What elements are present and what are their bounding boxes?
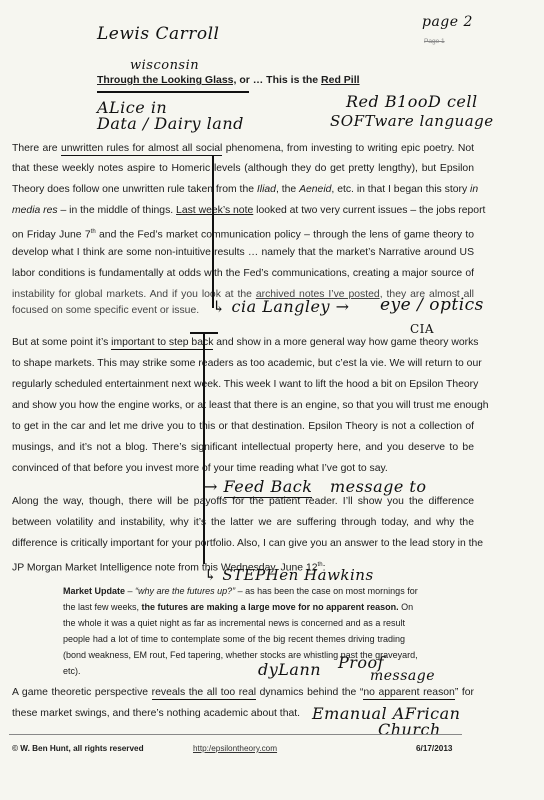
p2-line-1: But at some point it’s important to step… bbox=[12, 333, 474, 353]
annotation-wisconsin: wisconsin bbox=[130, 58, 199, 73]
footer-date: 6/17/2013 bbox=[416, 744, 452, 753]
handwritten-underline-unwritten-rules: unwritten rules for almost all social bbox=[61, 143, 222, 156]
handwritten-underline-no-apparent-reason: no apparent reason bbox=[363, 687, 455, 700]
annotation-page-2: page 2 bbox=[422, 14, 473, 30]
scanned-document-page: Lewis Carroll wisconsin page 2 Page 1 Th… bbox=[0, 0, 544, 800]
link-last-weeks-note[interactable]: Last week’s note bbox=[176, 205, 253, 216]
p2-line-7: convinced of that before you invest more… bbox=[12, 459, 474, 479]
title-part-red-pill: Red Pill bbox=[321, 74, 360, 86]
p2-line-5: to get in the car and let me drive you t… bbox=[12, 417, 474, 437]
annotation-cia-langley: ↳ cia Langley → bbox=[212, 297, 350, 316]
p3-line-1: Along the way, though, there will be pay… bbox=[12, 492, 474, 512]
p3-line-2: between volatility and instability, why … bbox=[12, 513, 474, 533]
handwritten-box-step-back: important to step back bbox=[111, 337, 213, 350]
p2-line-4: and show you how the engine works, or at… bbox=[12, 396, 474, 416]
printed-page-number: Page 1 bbox=[424, 38, 445, 45]
p1-line-5: on Friday June 7th and the Fed’s market … bbox=[12, 222, 474, 245]
p2-line-3: regularly scheduled entertainment next w… bbox=[12, 375, 474, 395]
p2-line-2: to shape markets. This may strike some r… bbox=[12, 354, 474, 374]
p1-line-2: that these weekly notes aspire to Homeri… bbox=[12, 159, 474, 179]
handwritten-underline-all-too-real: reveals the all too real bbox=[152, 687, 256, 700]
title-underline-stroke bbox=[97, 91, 249, 93]
p1-line-3: Theory does follow one unwritten rule ta… bbox=[12, 180, 474, 200]
annotation-red-blood-cell: Red B1ooD cell bbox=[346, 92, 478, 111]
annotation-data-dairy-land: Data / Dairy land bbox=[97, 114, 244, 133]
annotation-church: Church bbox=[378, 720, 441, 739]
annotation-software-language: SOFTware language bbox=[330, 112, 494, 130]
p1-line-6: develop what I think are some non-intuit… bbox=[12, 243, 474, 263]
annotation-stephen-hawkins: ↳ STEPHen Hawkins bbox=[204, 566, 374, 584]
document-title: Through the Looking Glass, or … This is … bbox=[97, 74, 360, 86]
annotation-message: message bbox=[370, 668, 435, 684]
p4-line-1: A game theoretic perspective reveals the… bbox=[12, 683, 474, 703]
p1-line-1: There are unwritten rules for almost all… bbox=[12, 139, 474, 159]
annotation-dylann: dyLann bbox=[258, 660, 321, 679]
footer-copyright: © W. Ben Hunt, all rights reserved bbox=[12, 744, 144, 753]
p2-line-6: musings, and it’s not a blog. There’s si… bbox=[12, 438, 474, 458]
p3-line-3: difference is critically important for y… bbox=[12, 534, 474, 554]
annotation-lewis-carroll: Lewis Carroll bbox=[97, 24, 219, 44]
footer-link[interactable]: http:/epsilontheory.com bbox=[193, 744, 277, 753]
title-part-looking-glass: Through the Looking Glass, bbox=[97, 74, 236, 86]
quote-line-1: Market Update – “why are the futures up?… bbox=[63, 583, 405, 599]
quote-line-2: the last few weeks, the futures are maki… bbox=[63, 599, 405, 615]
title-part-middle: or … This is the bbox=[236, 74, 321, 86]
footer-divider bbox=[9, 734, 462, 735]
p1-line-4: media res – in the middle of things. Las… bbox=[12, 201, 474, 221]
pen-bracket-top bbox=[190, 332, 218, 334]
quote-line-4: people had a lot of time to contemplate … bbox=[63, 631, 405, 647]
pen-vertical-line-1 bbox=[212, 156, 214, 308]
p1-line-7: labor conditions is fundamentally at odd… bbox=[12, 264, 474, 284]
annotation-eye-optics: eye / optics bbox=[380, 295, 484, 315]
quote-line-3: the whole it was a quiet night as far as… bbox=[63, 615, 405, 631]
